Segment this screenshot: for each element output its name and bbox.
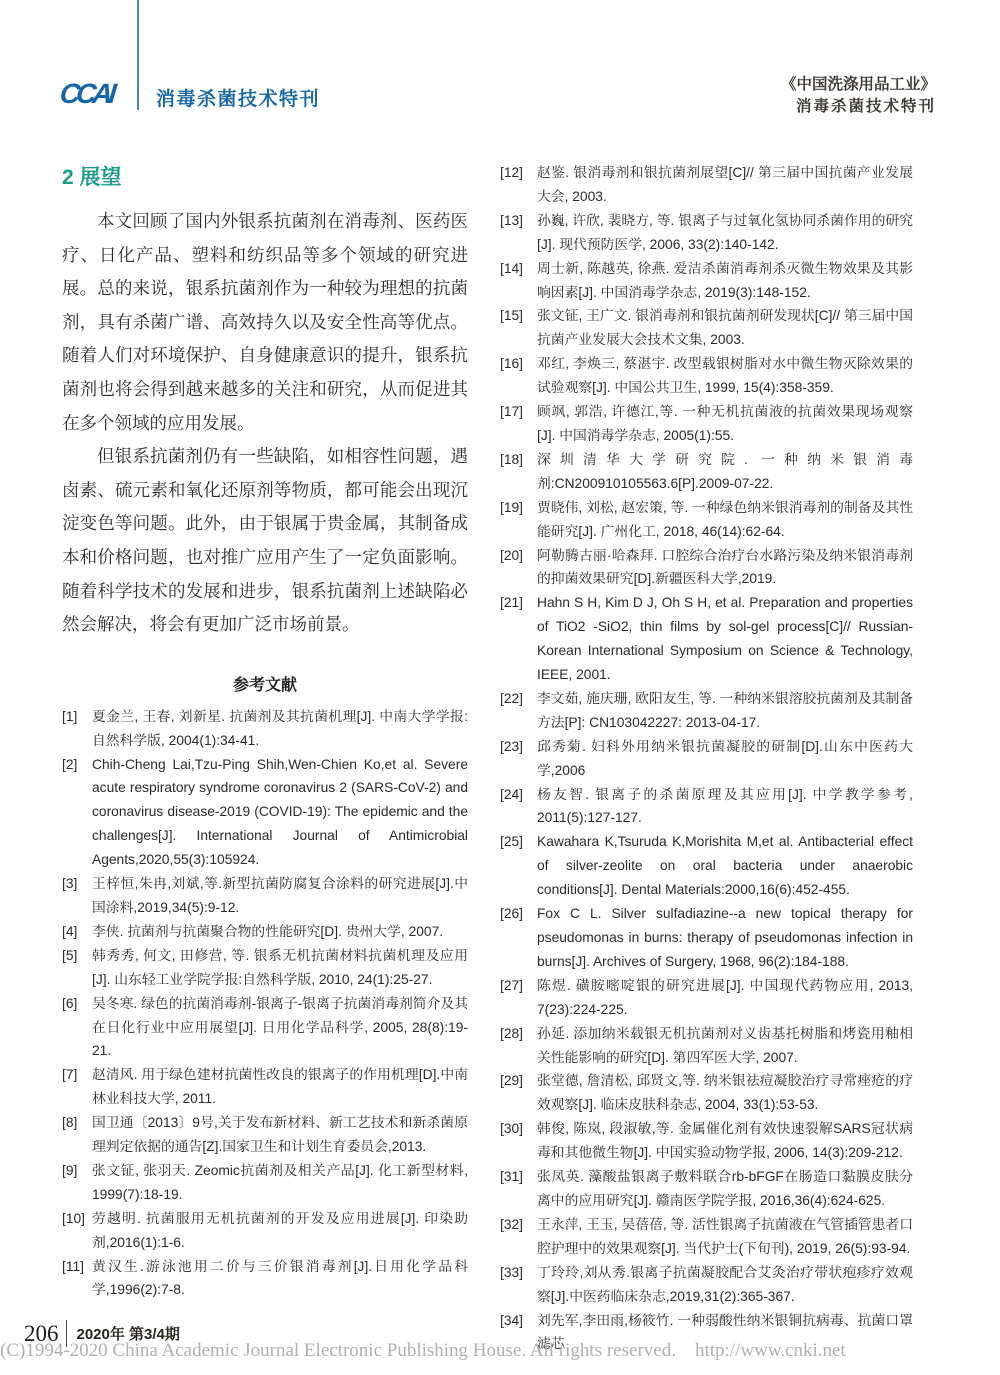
reference-text: 王梓恒,朱冉,刘斌,等.新型抗菌防腐复合涂料的研究进展[J].中国涂料,2019… xyxy=(92,876,468,915)
reference-number: [19] xyxy=(500,496,523,520)
references-heading: 参考文献 xyxy=(62,672,468,695)
reference-text: 孙巍, 许欣, 裴晓方, 等. 银离子与过氧化氢协同杀菌作用的研究[J]. 现代… xyxy=(537,213,913,252)
reference-number: [10] xyxy=(62,1207,85,1231)
reference-number: [1] xyxy=(62,705,77,729)
reference-item: [23]邱秀菊. 妇科外用纳米银抗菌凝胶的研制[D].山东中医药大学,2006 xyxy=(500,735,913,783)
reference-number: [30] xyxy=(500,1117,523,1141)
reference-item: [7]赵清风. 用于绿色建材抗菌性改良的银离子的作用机理[D].中南林业科技大学… xyxy=(62,1063,468,1111)
reference-item: [9]张文钲, 张羽天. Zeomic抗菌剂及相关产品[J]. 化工新型材料, … xyxy=(62,1159,468,1207)
reference-number: [11] xyxy=(62,1255,84,1279)
reference-number: [18] xyxy=(500,448,523,472)
reference-number: [12] xyxy=(500,161,523,185)
reference-number: [21] xyxy=(500,591,523,615)
reference-item: [2]Chih-Cheng Lai,Tzu-Ping Shih,Wen-Chie… xyxy=(62,753,468,873)
reference-item: [14]周士新, 陈越英, 徐燕. 爱洁杀菌消毒剂杀灭微生物效果及其影响因素[J… xyxy=(500,257,913,305)
reference-text: 张堂德, 詹清松, 邱贤文,等. 纳米银祛痘凝胶治疗寻常痤疮的疗效观察[J]. … xyxy=(537,1073,913,1112)
reference-item: [13]孙巍, 许欣, 裴晓方, 等. 银离子与过氧化氢协同杀菌作用的研究[J]… xyxy=(500,209,913,257)
reference-number: [22] xyxy=(500,687,523,711)
reference-item: [6]吴冬寒. 绿色的抗菌消毒剂-银离子-银离子抗菌消毒剂简介及其在日化行业中应… xyxy=(62,992,468,1064)
reference-item: [10]劳越明. 抗菌服用无机抗菌剂的开发及应用进展[J]. 印染助剂,2016… xyxy=(62,1207,468,1255)
reference-text: 陈煜. 磺胺嘧啶银的研究进展[J]. 中国现代药物应用, 2013, 7(23)… xyxy=(537,978,913,1017)
reference-item: [21]Hahn S H, Kim D J, Oh S H, et al. Pr… xyxy=(500,591,913,687)
ccai-logo: CCAI xyxy=(58,78,133,110)
reference-item: [31]张凤英. 藻酸盐银离子敷料联合rb-bFGF在肠造口黏膜皮肤分离中的应用… xyxy=(500,1165,913,1213)
outlook-paragraph-2: 但银系抗菌剂仍有一些缺陷，如相容性问题，遇卤素、硫元素和氧化还原剂等物质，都可能… xyxy=(62,440,468,642)
reference-text: 贾晓伟, 刘松, 赵宏策, 等. 一种绿色纳米银消毒剂的制备及其性能研究[J].… xyxy=(537,500,913,539)
reference-text: 阿勒腾古丽·哈森拜. 口腔综合治疗台水路污染及纳米银消毒剂的抑菌效果研究[D].… xyxy=(537,548,913,587)
reference-number: [31] xyxy=(500,1165,523,1189)
reference-number: [2] xyxy=(62,753,77,777)
reference-item: [8]国卫通〔2013〕9号,关于发布新材料、新工艺技术和新杀菌原理判定依据的通… xyxy=(62,1111,468,1159)
section-title: 2 展望 xyxy=(62,161,468,191)
left-column: 2 展望 本文回顾了国内外银系抗菌剂在消毒剂、医药医疗、日化产品、塑料和纺织品等… xyxy=(62,161,468,1302)
reference-text: 韩秀秀, 何文, 田修营, 等. 银系无机抗菌材料抗菌机理及应用[J]. 山东轻… xyxy=(92,948,468,987)
reference-text: Hahn S H, Kim D J, Oh S H, et al. Prepar… xyxy=(537,595,913,682)
reference-number: [27] xyxy=(500,974,523,998)
reference-item: [17]顾飒, 郭浩, 许德江,等. 一种无机抗菌液的抗菌效果现场观察[J]. … xyxy=(500,400,913,448)
reference-number: [13] xyxy=(500,209,523,233)
reference-item: [1]夏金兰, 王春, 刘新星. 抗菌剂及其抗菌机理[J]. 中南大学学报:自然… xyxy=(62,705,468,753)
reference-text: 深圳清华大学研究院. 一种纳米银消毒剂:CN200910105563.6[P].… xyxy=(537,452,913,491)
reference-item: [30]韩俊, 陈岚, 段淑敏,等. 金属催化剂有效快速裂解SARS冠状病毒和其… xyxy=(500,1117,913,1165)
journal-subtitle: 消毒杀菌技术特刊 xyxy=(781,96,936,118)
reference-text: 杨友智. 银离子的杀菌原理及其应用[J]. 中学教学参考, 2011(5):12… xyxy=(537,787,913,826)
reference-text: 张文钲, 张羽天. Zeomic抗菌剂及相关产品[J]. 化工新型材料, 199… xyxy=(92,1163,468,1202)
journal-page: CCAI 消毒杀菌技术特刊 《中国洗涤用品工业》 消毒杀菌技术特刊 2 展望 本… xyxy=(0,0,1000,1375)
reference-number: [7] xyxy=(62,1063,77,1087)
reference-number: [6] xyxy=(62,992,77,1016)
reference-number: [14] xyxy=(500,257,523,281)
reference-number: [23] xyxy=(500,735,523,759)
reference-number: [32] xyxy=(500,1213,523,1237)
reference-item: [20]阿勒腾古丽·哈森拜. 口腔综合治疗台水路污染及纳米银消毒剂的抑菌效果研究… xyxy=(500,544,913,592)
reference-number: [17] xyxy=(500,400,523,424)
reference-text: 劳越明. 抗菌服用无机抗菌剂的开发及应用进展[J]. 印染助剂,2016(1):… xyxy=(92,1211,468,1250)
copyright-watermark: (C)1994-2020 China Academic Journal Elec… xyxy=(0,1340,1000,1362)
reference-item: [32]王永萍, 王玉, 吴蓓蓓, 等. 活性银离子抗菌液在气管插管患者口腔护理… xyxy=(500,1213,913,1261)
reference-list-left: [1]夏金兰, 王春, 刘新星. 抗菌剂及其抗菌机理[J]. 中南大学学报:自然… xyxy=(62,705,468,1303)
reference-text: 周士新, 陈越英, 徐燕. 爱洁杀菌消毒剂杀灭微生物效果及其影响因素[J]. 中… xyxy=(537,261,913,300)
reference-number: [33] xyxy=(500,1261,523,1285)
reference-item: [15]张文钲, 王广文. 银消毒剂和银抗菌剂研发现状[C]// 第三届中国抗菌… xyxy=(500,304,913,352)
reference-item: [3]王梓恒,朱冉,刘斌,等.新型抗菌防腐复合涂料的研究进展[J].中国涂料,2… xyxy=(62,872,468,920)
reference-number: [9] xyxy=(62,1159,77,1183)
reference-number: [25] xyxy=(500,830,523,854)
reference-text: 顾飒, 郭浩, 许德江,等. 一种无机抗菌液的抗菌效果现场观察[J]. 中国消毒… xyxy=(537,404,913,443)
reference-item: [19]贾晓伟, 刘松, 赵宏策, 等. 一种绿色纳米银消毒剂的制备及其性能研究… xyxy=(500,496,913,544)
right-column: [12]赵鉴. 银消毒剂和银抗菌剂展望[C]// 第三届中国抗菌产业发展大会, … xyxy=(500,161,913,1356)
reference-text: 黄汉生.游泳池用二价与三价银消毒剂[J].日用化学品科学,1996(2):7-8… xyxy=(92,1259,468,1298)
reference-number: [15] xyxy=(500,304,523,328)
reference-text: 韩俊, 陈岚, 段淑敏,等. 金属催化剂有效快速裂解SARS冠状病毒和其他微生物… xyxy=(537,1121,913,1160)
reference-number: [34] xyxy=(500,1309,523,1333)
reference-number: [8] xyxy=(62,1111,77,1135)
reference-item: [27]陈煜. 磺胺嘧啶银的研究进展[J]. 中国现代药物应用, 2013, 7… xyxy=(500,974,913,1022)
reference-number: [28] xyxy=(500,1022,523,1046)
reference-list-right: [12]赵鉴. 银消毒剂和银抗菌剂展望[C]// 第三届中国抗菌产业发展大会, … xyxy=(500,161,913,1356)
reference-text: 丁玲玲,刘从秀.银离子抗菌凝胶配合艾灸治疗带状疱疹疗效观察[J].中医药临床杂志… xyxy=(537,1265,913,1304)
reference-item: [25]Kawahara K,Tsuruda K,Morishita M,et … xyxy=(500,830,913,902)
reference-item: [22]李文茹, 施庆珊, 欧阳友生, 等. 一种纳米银溶胶抗菌剂及其制备方法[… xyxy=(500,687,913,735)
journal-name: 《中国洗涤用品工业》 xyxy=(781,74,936,96)
reference-number: [24] xyxy=(500,783,523,807)
reference-number: [4] xyxy=(62,920,77,944)
reference-number: [20] xyxy=(500,544,523,568)
reference-item: [33]丁玲玲,刘从秀.银离子抗菌凝胶配合艾灸治疗带状疱疹疗效观察[J].中医药… xyxy=(500,1261,913,1309)
reference-number: [5] xyxy=(62,944,77,968)
reference-number: [3] xyxy=(62,872,77,896)
reference-text: 赵鉴. 银消毒剂和银抗菌剂展望[C]// 第三届中国抗菌产业发展大会, 2003… xyxy=(537,165,913,204)
reference-text: 夏金兰, 王春, 刘新星. 抗菌剂及其抗菌机理[J]. 中南大学学报:自然科学版… xyxy=(92,709,468,748)
reference-item: [24]杨友智. 银离子的杀菌原理及其应用[J]. 中学教学参考, 2011(5… xyxy=(500,783,913,831)
special-issue-title: 消毒杀菌技术特刊 xyxy=(156,84,320,111)
reference-item: [18]深圳清华大学研究院. 一种纳米银消毒剂:CN200910105563.6… xyxy=(500,448,913,496)
reference-item: [4]李侠. 抗菌剂与抗菌聚合物的性能研究[D]. 贵州大学, 2007. xyxy=(62,920,468,944)
journal-info: 《中国洗涤用品工业》 消毒杀菌技术特刊 xyxy=(781,74,936,118)
header-vertical-rule xyxy=(137,0,139,110)
reference-text: 孙延. 添加纳米载银无机抗菌剂对义齿基托树脂和烤瓷用釉相关性能影响的研究[D].… xyxy=(537,1026,913,1065)
reference-item: [28]孙延. 添加纳米载银无机抗菌剂对义齿基托树脂和烤瓷用釉相关性能影响的研究… xyxy=(500,1022,913,1070)
reference-item: [11]黄汉生.游泳池用二价与三价银消毒剂[J].日用化学品科学,1996(2)… xyxy=(62,1255,468,1303)
reference-text: Chih-Cheng Lai,Tzu-Ping Shih,Wen-Chien K… xyxy=(92,757,468,868)
outlook-paragraph-1: 本文回顾了国内外银系抗菌剂在消毒剂、医药医疗、日化产品、塑料和纺织品等多个领域的… xyxy=(62,205,468,440)
reference-item: [16]邓红, 李焕三, 蔡湛宇. 改型载银树脂对水中微生物灭除效果的试验观察[… xyxy=(500,352,913,400)
reference-text: 王永萍, 王玉, 吴蓓蓓, 等. 活性银离子抗菌液在气管插管患者口腔护理中的效果… xyxy=(537,1217,913,1256)
reference-text: Fox C L. Silver sulfadiazine--a new topi… xyxy=(537,906,913,969)
reference-text: 李侠. 抗菌剂与抗菌聚合物的性能研究[D]. 贵州大学, 2007. xyxy=(92,924,443,939)
reference-number: [16] xyxy=(500,352,523,376)
reference-number: [26] xyxy=(500,902,523,926)
reference-text: 李文茹, 施庆珊, 欧阳友生, 等. 一种纳米银溶胶抗菌剂及其制备方法[P]: … xyxy=(537,691,913,730)
reference-item: [26]Fox C L. Silver sulfadiazine--a new … xyxy=(500,902,913,974)
reference-text: 吴冬寒. 绿色的抗菌消毒剂-银离子-银离子抗菌消毒剂简介及其在日化行业中应用展望… xyxy=(92,996,468,1059)
reference-item: [29]张堂德, 詹清松, 邱贤文,等. 纳米银祛痘凝胶治疗寻常痤疮的疗效观察[… xyxy=(500,1069,913,1117)
reference-number: [29] xyxy=(500,1069,523,1093)
reference-item: [12]赵鉴. 银消毒剂和银抗菌剂展望[C]// 第三届中国抗菌产业发展大会, … xyxy=(500,161,913,209)
reference-text: 邱秀菊. 妇科外用纳米银抗菌凝胶的研制[D].山东中医药大学,2006 xyxy=(537,739,913,778)
reference-text: 邓红, 李焕三, 蔡湛宇. 改型载银树脂对水中微生物灭除效果的试验观察[J]. … xyxy=(537,356,913,395)
reference-text: 张文钲, 王广文. 银消毒剂和银抗菌剂研发现状[C]// 第三届中国抗菌产业发展… xyxy=(537,308,913,347)
reference-text: 国卫通〔2013〕9号,关于发布新材料、新工艺技术和新杀菌原理判定依据的通告[Z… xyxy=(92,1115,468,1154)
reference-text: 张凤英. 藻酸盐银离子敷料联合rb-bFGF在肠造口黏膜皮肤分离中的应用研究[J… xyxy=(537,1169,913,1208)
reference-item: [5]韩秀秀, 何文, 田修营, 等. 银系无机抗菌材料抗菌机理及应用[J]. … xyxy=(62,944,468,992)
reference-text: Kawahara K,Tsuruda K,Morishita M,et al. … xyxy=(537,834,913,897)
reference-text: 赵清风. 用于绿色建材抗菌性改良的银离子的作用机理[D].中南林业科技大学, 2… xyxy=(92,1067,468,1106)
